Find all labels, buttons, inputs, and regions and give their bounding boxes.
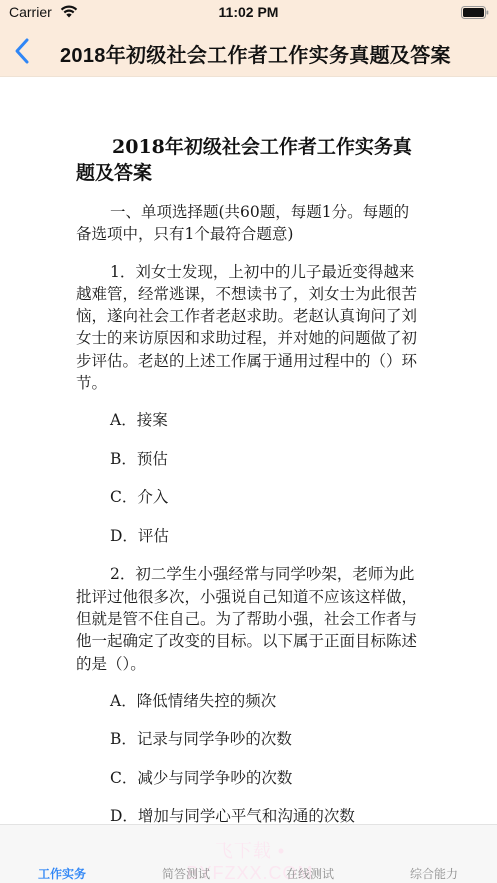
document-scroll-view[interactable]: 2018年初级社会工作者工作实务真题及答案 一、单项选择题(共60题，每题1分。… bbox=[0, 78, 497, 824]
tab-work-practice[interactable]: 工作实务 bbox=[0, 865, 124, 882]
back-button[interactable] bbox=[10, 36, 36, 66]
tab-comprehensive-ability[interactable]: 综合能力 bbox=[372, 865, 496, 882]
tab-bar: 飞下载 • BYFZXX.COM 工作实务 简答测试 在线测试 综合能力 bbox=[0, 824, 497, 883]
question-2-text: 2．初二学生小强经常与同学吵架，老师为此批评过他很多次，小强说自己知道不应该这样… bbox=[76, 563, 422, 674]
question-2-option-d: D．增加与同学心平气和沟通的次数 bbox=[76, 805, 422, 824]
document-title: 2018年初级社会工作者工作实务真题及答案 bbox=[76, 134, 422, 186]
question-2-option-a: A．降低情绪失控的频次 bbox=[76, 690, 422, 712]
status-time: 11:02 PM bbox=[0, 4, 497, 20]
tab-short-answer-test[interactable]: 简答测试 bbox=[124, 865, 248, 882]
section-intro: 一、单项选择题(共60题，每题1分。每题的备选项中，只有1个最符合题意) bbox=[76, 201, 422, 246]
nav-title: 2018年初级社会工作者工作实务真题及答案 bbox=[60, 39, 451, 68]
question-1-option-d: D．评估 bbox=[76, 525, 422, 547]
chevron-left-icon bbox=[10, 36, 36, 66]
question-1-option-b: B．预估 bbox=[76, 448, 422, 470]
battery-full-icon bbox=[461, 6, 489, 19]
question-2-option-b: B．记录与同学争吵的次数 bbox=[76, 728, 422, 750]
question-1-text: 1．刘女士发现，上初中的儿子最近变得越来越难管，经常逃课，不想读书了，刘女士为此… bbox=[76, 261, 422, 395]
document-body: 2018年初级社会工作者工作实务真题及答案 一、单项选择题(共60题，每题1分。… bbox=[76, 134, 422, 824]
top-bar: Carrier 11:02 PM 2018年初级社会工作者工作实务真题及答案 bbox=[0, 0, 497, 77]
question-1-option-a: A．接案 bbox=[76, 409, 422, 431]
question-2-option-c: C．减少与同学争吵的次数 bbox=[76, 767, 422, 789]
navigation-bar: 2018年初级社会工作者工作实务真题及答案 bbox=[0, 26, 497, 77]
tab-online-test[interactable]: 在线测试 bbox=[248, 865, 372, 882]
status-bar: Carrier 11:02 PM bbox=[0, 0, 497, 26]
question-1-option-c: C．介入 bbox=[76, 486, 422, 508]
